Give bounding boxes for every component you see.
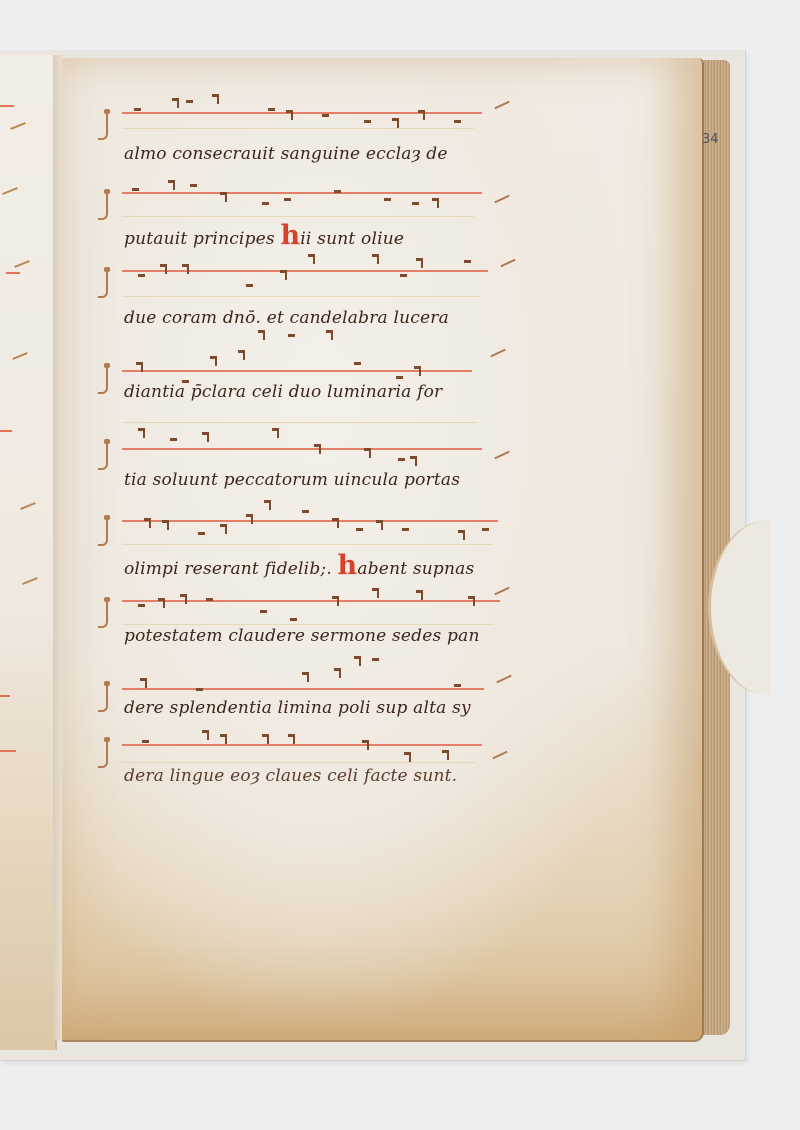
drypoint-line bbox=[122, 128, 474, 129]
text-line-7: potestatem claudere sermone sedes pan bbox=[124, 626, 480, 646]
neume bbox=[468, 596, 475, 599]
neume bbox=[354, 656, 361, 659]
text-before-initial: putauit principes bbox=[124, 229, 280, 249]
custos bbox=[494, 101, 509, 110]
neume bbox=[372, 658, 379, 661]
neume bbox=[220, 192, 227, 195]
drypoint-line bbox=[122, 216, 474, 217]
neume bbox=[198, 532, 205, 535]
neume bbox=[262, 734, 269, 737]
neume bbox=[398, 458, 405, 461]
text-line-8: dere splendentia limina poli sup alta sy bbox=[124, 698, 471, 718]
text-line-2: putauit principes hii sunt oliue bbox=[124, 220, 404, 251]
neume bbox=[356, 528, 363, 531]
neume bbox=[160, 264, 167, 267]
left-staff-line bbox=[0, 695, 10, 697]
folio-number: 34 bbox=[702, 132, 719, 147]
custos bbox=[494, 195, 509, 204]
neume bbox=[142, 740, 149, 743]
text-line-4: diantia p̄clara celi duo luminaria for bbox=[124, 382, 442, 402]
neume bbox=[206, 598, 213, 601]
custos bbox=[492, 751, 507, 760]
neume bbox=[392, 118, 399, 121]
neume bbox=[372, 588, 379, 591]
f-clef-icon bbox=[98, 366, 108, 394]
neume bbox=[334, 190, 341, 193]
left-custos bbox=[2, 187, 18, 195]
neume bbox=[284, 198, 291, 201]
neume bbox=[302, 510, 309, 513]
neume bbox=[326, 330, 333, 333]
neume bbox=[458, 530, 465, 533]
left-page-edge bbox=[0, 55, 57, 1050]
text-line-6: olimpi reserant fidelib;. habent supnas bbox=[124, 550, 474, 581]
text-line-1: almo consecrauit sanguine ecclaȝ de bbox=[124, 144, 448, 164]
neume bbox=[410, 456, 417, 459]
neume bbox=[268, 108, 275, 111]
neume bbox=[168, 180, 175, 183]
staff-line bbox=[122, 520, 498, 522]
staff-line bbox=[122, 448, 482, 450]
left-custos bbox=[10, 122, 26, 130]
custos bbox=[490, 349, 505, 358]
neume bbox=[264, 500, 271, 503]
neume bbox=[302, 672, 309, 675]
text-after-initial: ii sunt oliue bbox=[300, 229, 404, 249]
neume bbox=[288, 734, 295, 737]
left-custos bbox=[14, 260, 30, 268]
f-clef-icon bbox=[98, 112, 108, 140]
staff-line bbox=[122, 112, 482, 114]
neume bbox=[280, 270, 287, 273]
staff-line bbox=[122, 270, 488, 272]
neume bbox=[132, 188, 139, 191]
neume bbox=[372, 254, 379, 257]
neume bbox=[364, 448, 371, 451]
drypoint-line bbox=[122, 422, 478, 423]
neume bbox=[138, 428, 145, 431]
neume bbox=[442, 750, 449, 753]
neume bbox=[404, 752, 411, 755]
neume bbox=[322, 114, 329, 117]
left-custos bbox=[20, 502, 36, 510]
left-custos bbox=[22, 577, 38, 585]
neume bbox=[158, 598, 165, 601]
staff-line bbox=[122, 688, 484, 690]
neume bbox=[288, 334, 295, 337]
custos bbox=[496, 675, 511, 684]
neume bbox=[196, 688, 203, 691]
neume bbox=[334, 668, 341, 671]
neume bbox=[134, 108, 141, 111]
custos bbox=[500, 259, 515, 268]
f-clef-icon bbox=[98, 740, 108, 768]
neume bbox=[172, 98, 179, 101]
neume bbox=[246, 284, 253, 287]
staff-line bbox=[122, 192, 482, 194]
neume bbox=[144, 518, 151, 521]
neume bbox=[262, 202, 269, 205]
left-custos bbox=[12, 352, 28, 360]
drypoint-line bbox=[122, 762, 476, 763]
neume bbox=[272, 428, 279, 431]
neume bbox=[464, 260, 471, 263]
text-line-3: due coram dnō. et candelabra lucera bbox=[124, 308, 449, 328]
f-clef-icon bbox=[98, 442, 108, 470]
recto-page: 34 almo consecrauit sanguine ecclaȝ de bbox=[62, 58, 704, 1042]
neume bbox=[396, 376, 403, 379]
drypoint-line bbox=[122, 296, 480, 297]
left-staff-line bbox=[6, 272, 20, 274]
text-after-initial: abent supnas bbox=[357, 559, 474, 579]
neume bbox=[414, 366, 421, 369]
left-staff-line bbox=[0, 430, 12, 432]
neume bbox=[212, 94, 219, 97]
neume bbox=[418, 110, 425, 113]
neume bbox=[376, 520, 383, 523]
drypoint-line bbox=[122, 624, 494, 625]
neume bbox=[182, 264, 189, 267]
neume bbox=[332, 596, 339, 599]
neume bbox=[362, 740, 369, 743]
neume bbox=[454, 120, 461, 123]
neume bbox=[400, 274, 407, 277]
f-clef-icon bbox=[98, 270, 108, 298]
neume bbox=[246, 514, 253, 517]
neume bbox=[180, 594, 187, 597]
staff-line bbox=[122, 744, 482, 746]
text-line-9: dera lingue eoȝ claues celi facte sunt. bbox=[124, 766, 457, 786]
neume bbox=[454, 684, 461, 687]
neume bbox=[260, 610, 267, 613]
f-clef-icon bbox=[98, 518, 108, 546]
f-clef-icon bbox=[98, 684, 108, 712]
drypoint-line bbox=[122, 544, 492, 545]
text-before-initial: olimpi reserant fidelib;. bbox=[124, 559, 338, 579]
neume bbox=[416, 590, 423, 593]
neume bbox=[308, 254, 315, 257]
neume bbox=[482, 528, 489, 531]
neume bbox=[258, 330, 265, 333]
neume bbox=[290, 618, 297, 621]
neume bbox=[402, 528, 409, 531]
f-clef-icon bbox=[98, 600, 108, 628]
red-initial-h: h bbox=[280, 220, 300, 251]
neume bbox=[432, 198, 439, 201]
neume bbox=[412, 202, 419, 205]
neume bbox=[190, 184, 197, 187]
neume bbox=[416, 258, 423, 261]
neume bbox=[186, 100, 193, 103]
neume bbox=[286, 110, 293, 113]
neume bbox=[220, 524, 227, 527]
neume bbox=[202, 730, 209, 733]
neume bbox=[162, 520, 169, 523]
neume bbox=[138, 274, 145, 277]
neume bbox=[384, 198, 391, 201]
staff-line bbox=[122, 600, 500, 602]
red-initial-h: h bbox=[338, 550, 358, 581]
neume bbox=[238, 350, 245, 353]
left-staff-line bbox=[0, 105, 14, 107]
neume bbox=[138, 604, 145, 607]
neume bbox=[354, 362, 361, 365]
neume bbox=[220, 734, 227, 737]
neume bbox=[170, 438, 177, 441]
neume bbox=[314, 444, 321, 447]
neume bbox=[364, 120, 371, 123]
left-staff-line bbox=[0, 750, 16, 752]
neume bbox=[210, 356, 217, 359]
f-clef-icon bbox=[98, 192, 108, 220]
neume bbox=[202, 432, 209, 435]
custos bbox=[494, 587, 509, 596]
custos bbox=[494, 451, 509, 460]
neume bbox=[136, 362, 143, 365]
neume bbox=[332, 518, 339, 521]
neume bbox=[140, 678, 147, 681]
text-line-5: tia soluunt peccatorum uincula portas bbox=[124, 470, 460, 490]
